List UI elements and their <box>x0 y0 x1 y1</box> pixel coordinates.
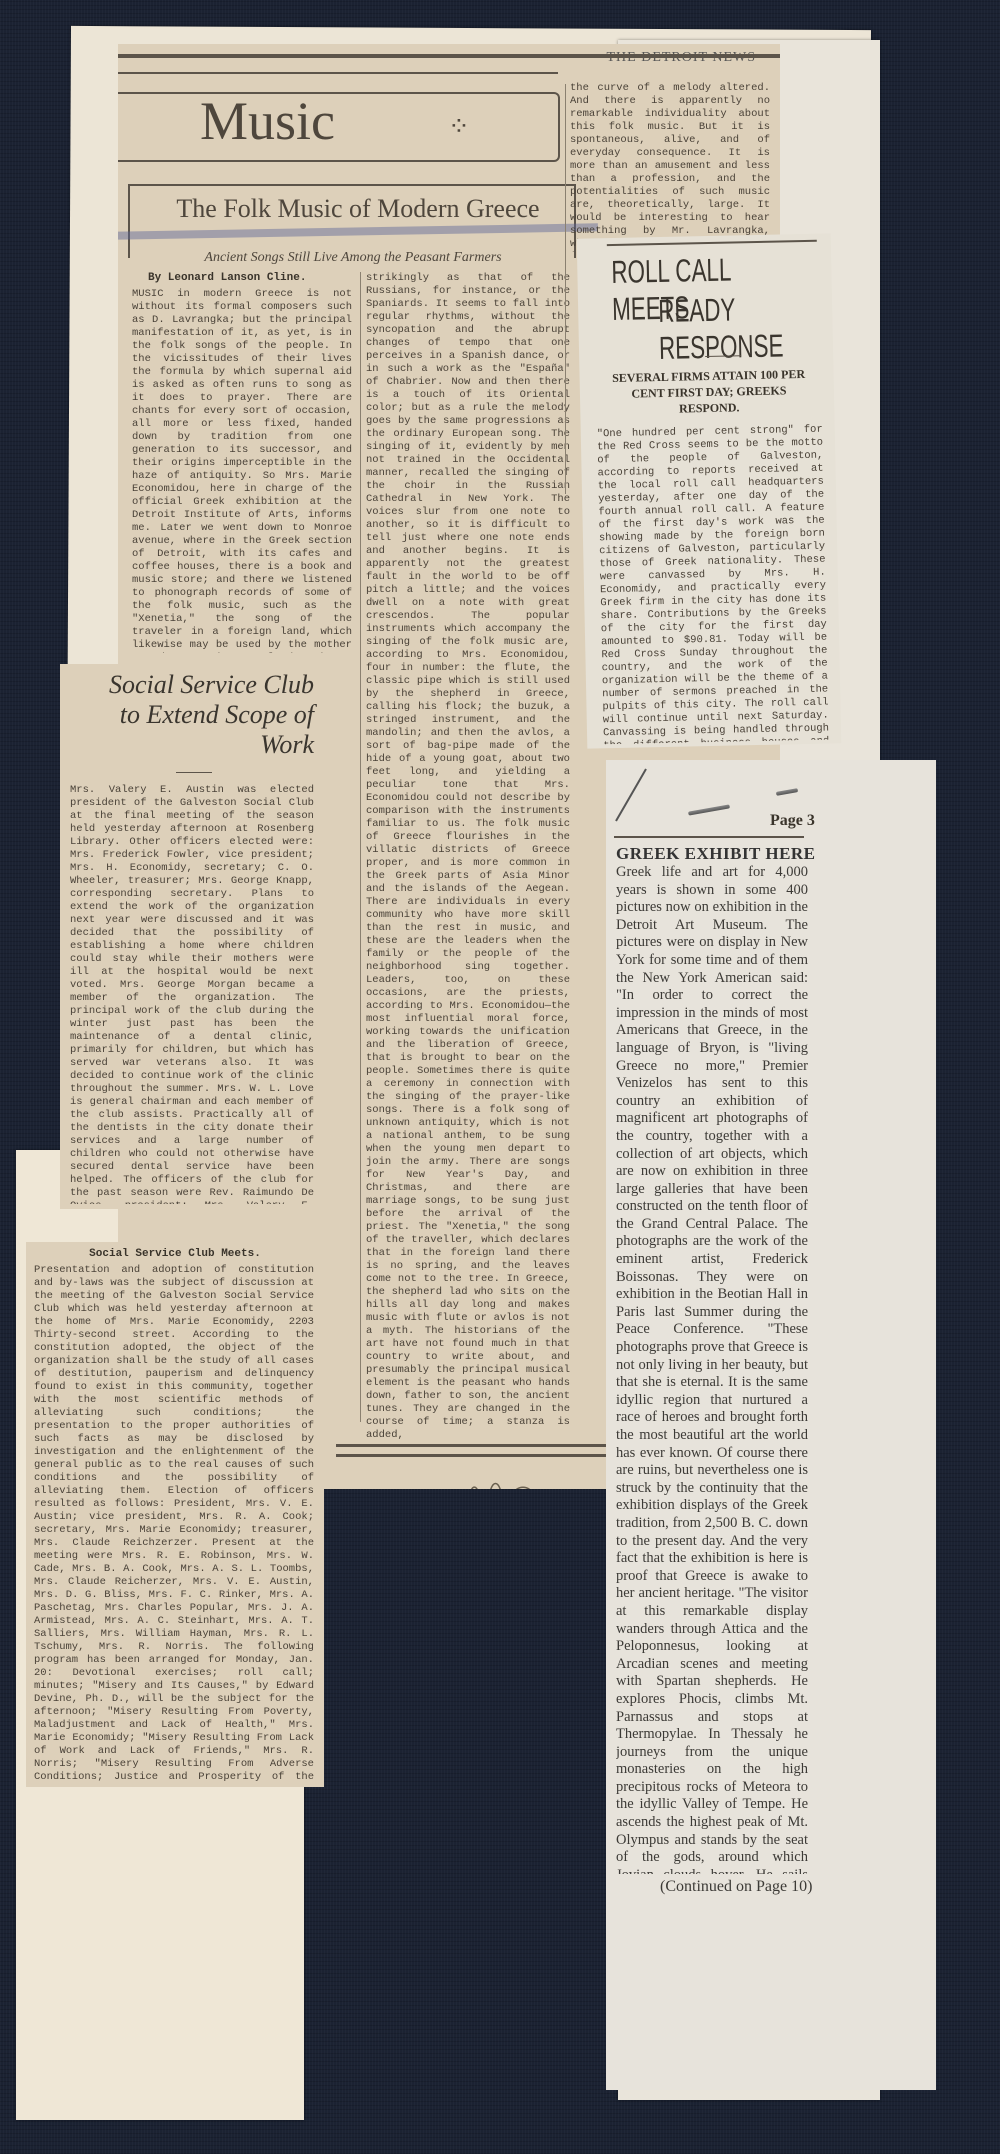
continued-note: (Continued on Page 10) <box>660 1878 812 1896</box>
article-column-2: strikingly as that of the Russians, for … <box>366 272 570 1442</box>
column-divider <box>360 272 361 1422</box>
article-title: The Folk Music of Modern Greece <box>148 194 568 224</box>
column-divider-right <box>565 84 566 494</box>
roll-call-top-rule <box>607 240 817 246</box>
article-column-1: MUSIC in modern Greece is not without it… <box>132 288 352 653</box>
social-service-headline: Social Service Club to Extend Scope of W… <box>94 670 314 760</box>
roll-call-clipping: ROLL CALL MEETS READY RESPONSE SEVERAL F… <box>577 233 842 748</box>
greek-exhibit-headline: GREEK EXHIBIT HERE <box>616 844 816 864</box>
pencil-signature <box>615 769 647 822</box>
roll-call-body: "One hundred per cent strong" for the Re… <box>597 424 830 745</box>
ornament-icon: ⁘ <box>448 112 470 142</box>
greek-exhibit-body: Greek life and art for 4,000 years is sh… <box>616 864 808 1874</box>
social-service-divider <box>176 772 212 773</box>
social-service-clipping: Social Service Club to Extend Scope of W… <box>60 664 322 1209</box>
club-meets-headline: Social Service Club Meets. <box>26 1248 324 1260</box>
greek-exhibit-rule <box>614 836 804 838</box>
byline: By Leonard Lanson Cline. <box>148 272 306 284</box>
masthead-rule <box>118 54 780 58</box>
greek-exhibit-page: Page 3 GREEK EXHIBIT HERE Greek life and… <box>606 760 936 2090</box>
club-meets-body: Presentation and adoption of constitutio… <box>34 1264 314 1784</box>
staple <box>688 804 730 815</box>
section-box <box>118 92 560 162</box>
article-column-3: the curve of a melody altered. And there… <box>570 82 770 252</box>
roll-call-subhead: SEVERAL FIRMS ATTAIN 100 PER CENT FIRST … <box>603 366 814 418</box>
staple <box>776 788 798 796</box>
section-title: Music <box>200 90 335 152</box>
page-label: Page 3 <box>770 812 815 830</box>
article-subtitle: Ancient Songs Still Live Among the Peasa… <box>138 250 568 266</box>
club-meets-clipping: Social Service Club Meets. Presentation … <box>26 1242 324 1787</box>
masthead: THE DETROIT NEWS <box>607 50 757 66</box>
social-service-body: Mrs. Valery E. Austin was elected presid… <box>70 784 314 1204</box>
section-rule <box>118 72 558 74</box>
